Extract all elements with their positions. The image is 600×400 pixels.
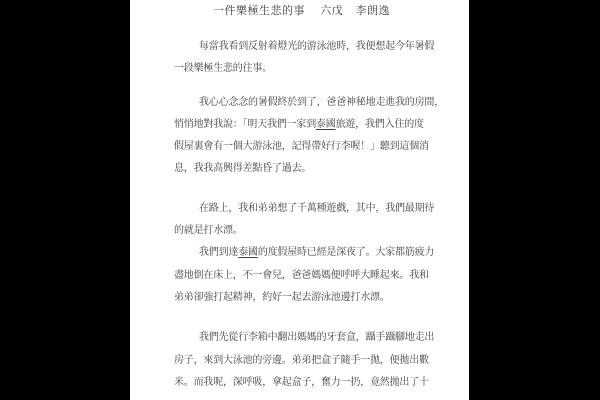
document-content: 一件樂極生悲的事 六戊 李朗逸 每當我看到反射着燈光的游泳池時，我便想起今年暑假…	[130, 0, 469, 394]
essay-line: 房子，來到大泳池的旁邊。弟弟把盒子隨手一拋，便拋出數	[174, 350, 429, 372]
essay-body: 每當我看到反射着燈光的游泳池時，我便想起今年暑假一段樂極生悲的往事。我心心念念的…	[174, 36, 429, 394]
essay-line: 弟弟卻強打起精神，約好一起去游泳池邊打水漂。	[174, 287, 429, 309]
essay-line: 息，我我高興得差點昏了過去。	[174, 158, 429, 180]
class-name: 六戊	[320, 0, 343, 22]
text-run: 旅遊，我們入住的度	[336, 119, 424, 130]
essay-line: 我們到達泰國的度假屋時已經是深夜了。大家都筋疲力	[174, 242, 429, 264]
author-name: 李朗逸	[356, 0, 391, 22]
essay-paragraph: 我們先從行李箱中翻出媽媽的牙套盒，躡手躡腳地走出房子，來到大泳池的旁邊。弟弟把盒…	[174, 327, 429, 394]
screen-background: 一件樂極生悲的事 六戊 李朗逸 每當我看到反射着燈光的游泳池時，我便想起今年暑假…	[0, 0, 600, 400]
essay-line: 假屋裏會有一個大游泳池，記得帶好行李喔！」聽到這個消	[174, 136, 429, 158]
essay-paragraph: 每當我看到反射着燈光的游泳池時，我便想起今年暑假一段樂極生悲的往事。	[174, 36, 429, 81]
text-run: 弟弟卻強打起精神，約好一起去游泳池邊打水漂。	[174, 292, 390, 303]
text-run: 假屋裏會有一個大游泳池，記得帶好行李喔！」聽到這個消	[174, 141, 429, 152]
document-header: 一件樂極生悲的事 六戊 李朗逸	[174, 0, 429, 22]
text-run: 一段樂極生悲的往事。	[174, 63, 272, 74]
document-page: 一件樂極生悲的事 六戊 李朗逸 每當我看到反射着燈光的游泳池時，我便想起今年暑假…	[130, 0, 469, 400]
text-run: 我心心念念的暑假終於到了，爸爸神秘地走進我的房間，	[199, 97, 444, 108]
essay-line: 我心心念念的暑假終於到了，爸爸神秘地走進我的房間，	[174, 92, 429, 114]
essay-paragraph: 在路上，我和弟弟想了千萬種遊戲，其中，我們最期待的就是打水漂。	[174, 198, 429, 243]
essay-line: 在路上，我和弟弟想了千萬種遊戲，其中，我們最期待	[174, 198, 429, 220]
text-run: 的就是打水漂。	[174, 225, 243, 236]
text-run: 的度假屋時已經是深夜了。大家都筋疲力	[258, 247, 434, 258]
essay-line: 悄悄地對我說：「明天我們一家到泰國旅遊，我們入住的度	[174, 114, 429, 136]
text-run: 息，我我高興得差點昏了過去。	[174, 163, 311, 174]
essay-line: 盡地倒在床上，不一會兒，爸爸媽媽便呼呼大睡起來。我和	[174, 265, 429, 287]
text-run: 悄悄地對我說：「明天我們一家到	[174, 119, 316, 130]
essay-line: 一段樂極生悲的往事。	[174, 58, 429, 80]
document-title: 一件樂極生悲的事	[213, 0, 305, 22]
text-run: 房子，來到大泳池的旁邊。弟弟把盒子隨手一拋，便拋出數	[174, 355, 429, 366]
text-run: 盡地倒在床上，不一會兒，爸爸媽媽便呼呼大睡起來。我和	[174, 270, 429, 281]
underlined-proper-noun: 泰國	[238, 247, 258, 258]
text-run: 我們先從行李箱中翻出媽媽的牙套盒，躡手躡腳地走出	[199, 332, 434, 343]
underlined-proper-noun: 泰國	[316, 119, 336, 130]
text-run: 米。而我呢，深呼吸，拿起盒子，奮力一扔，竟然拋出了十	[174, 377, 429, 388]
text-run: 我們到達	[199, 247, 238, 258]
text-run: 每當我看到反射着燈光的游泳池時，我便想起今年暑假	[199, 41, 434, 52]
essay-line: 每當我看到反射着燈光的游泳池時，我便想起今年暑假	[174, 36, 429, 58]
essay-paragraph: 我們到達泰國的度假屋時已經是深夜了。大家都筋疲力盡地倒在床上，不一會兒，爸爸媽媽…	[174, 242, 429, 309]
essay-line: 我們先從行李箱中翻出媽媽的牙套盒，躡手躡腳地走出	[174, 327, 429, 349]
text-run: 在路上，我和弟弟想了千萬種遊戲，其中，我們最期待	[199, 203, 434, 214]
essay-line: 的就是打水漂。	[174, 220, 429, 242]
essay-line: 米。而我呢，深呼吸，拿起盒子，奮力一扔，竟然拋出了十	[174, 372, 429, 394]
essay-paragraph: 我心心念念的暑假終於到了，爸爸神秘地走進我的房間，悄悄地對我說：「明天我們一家到…	[174, 92, 429, 181]
